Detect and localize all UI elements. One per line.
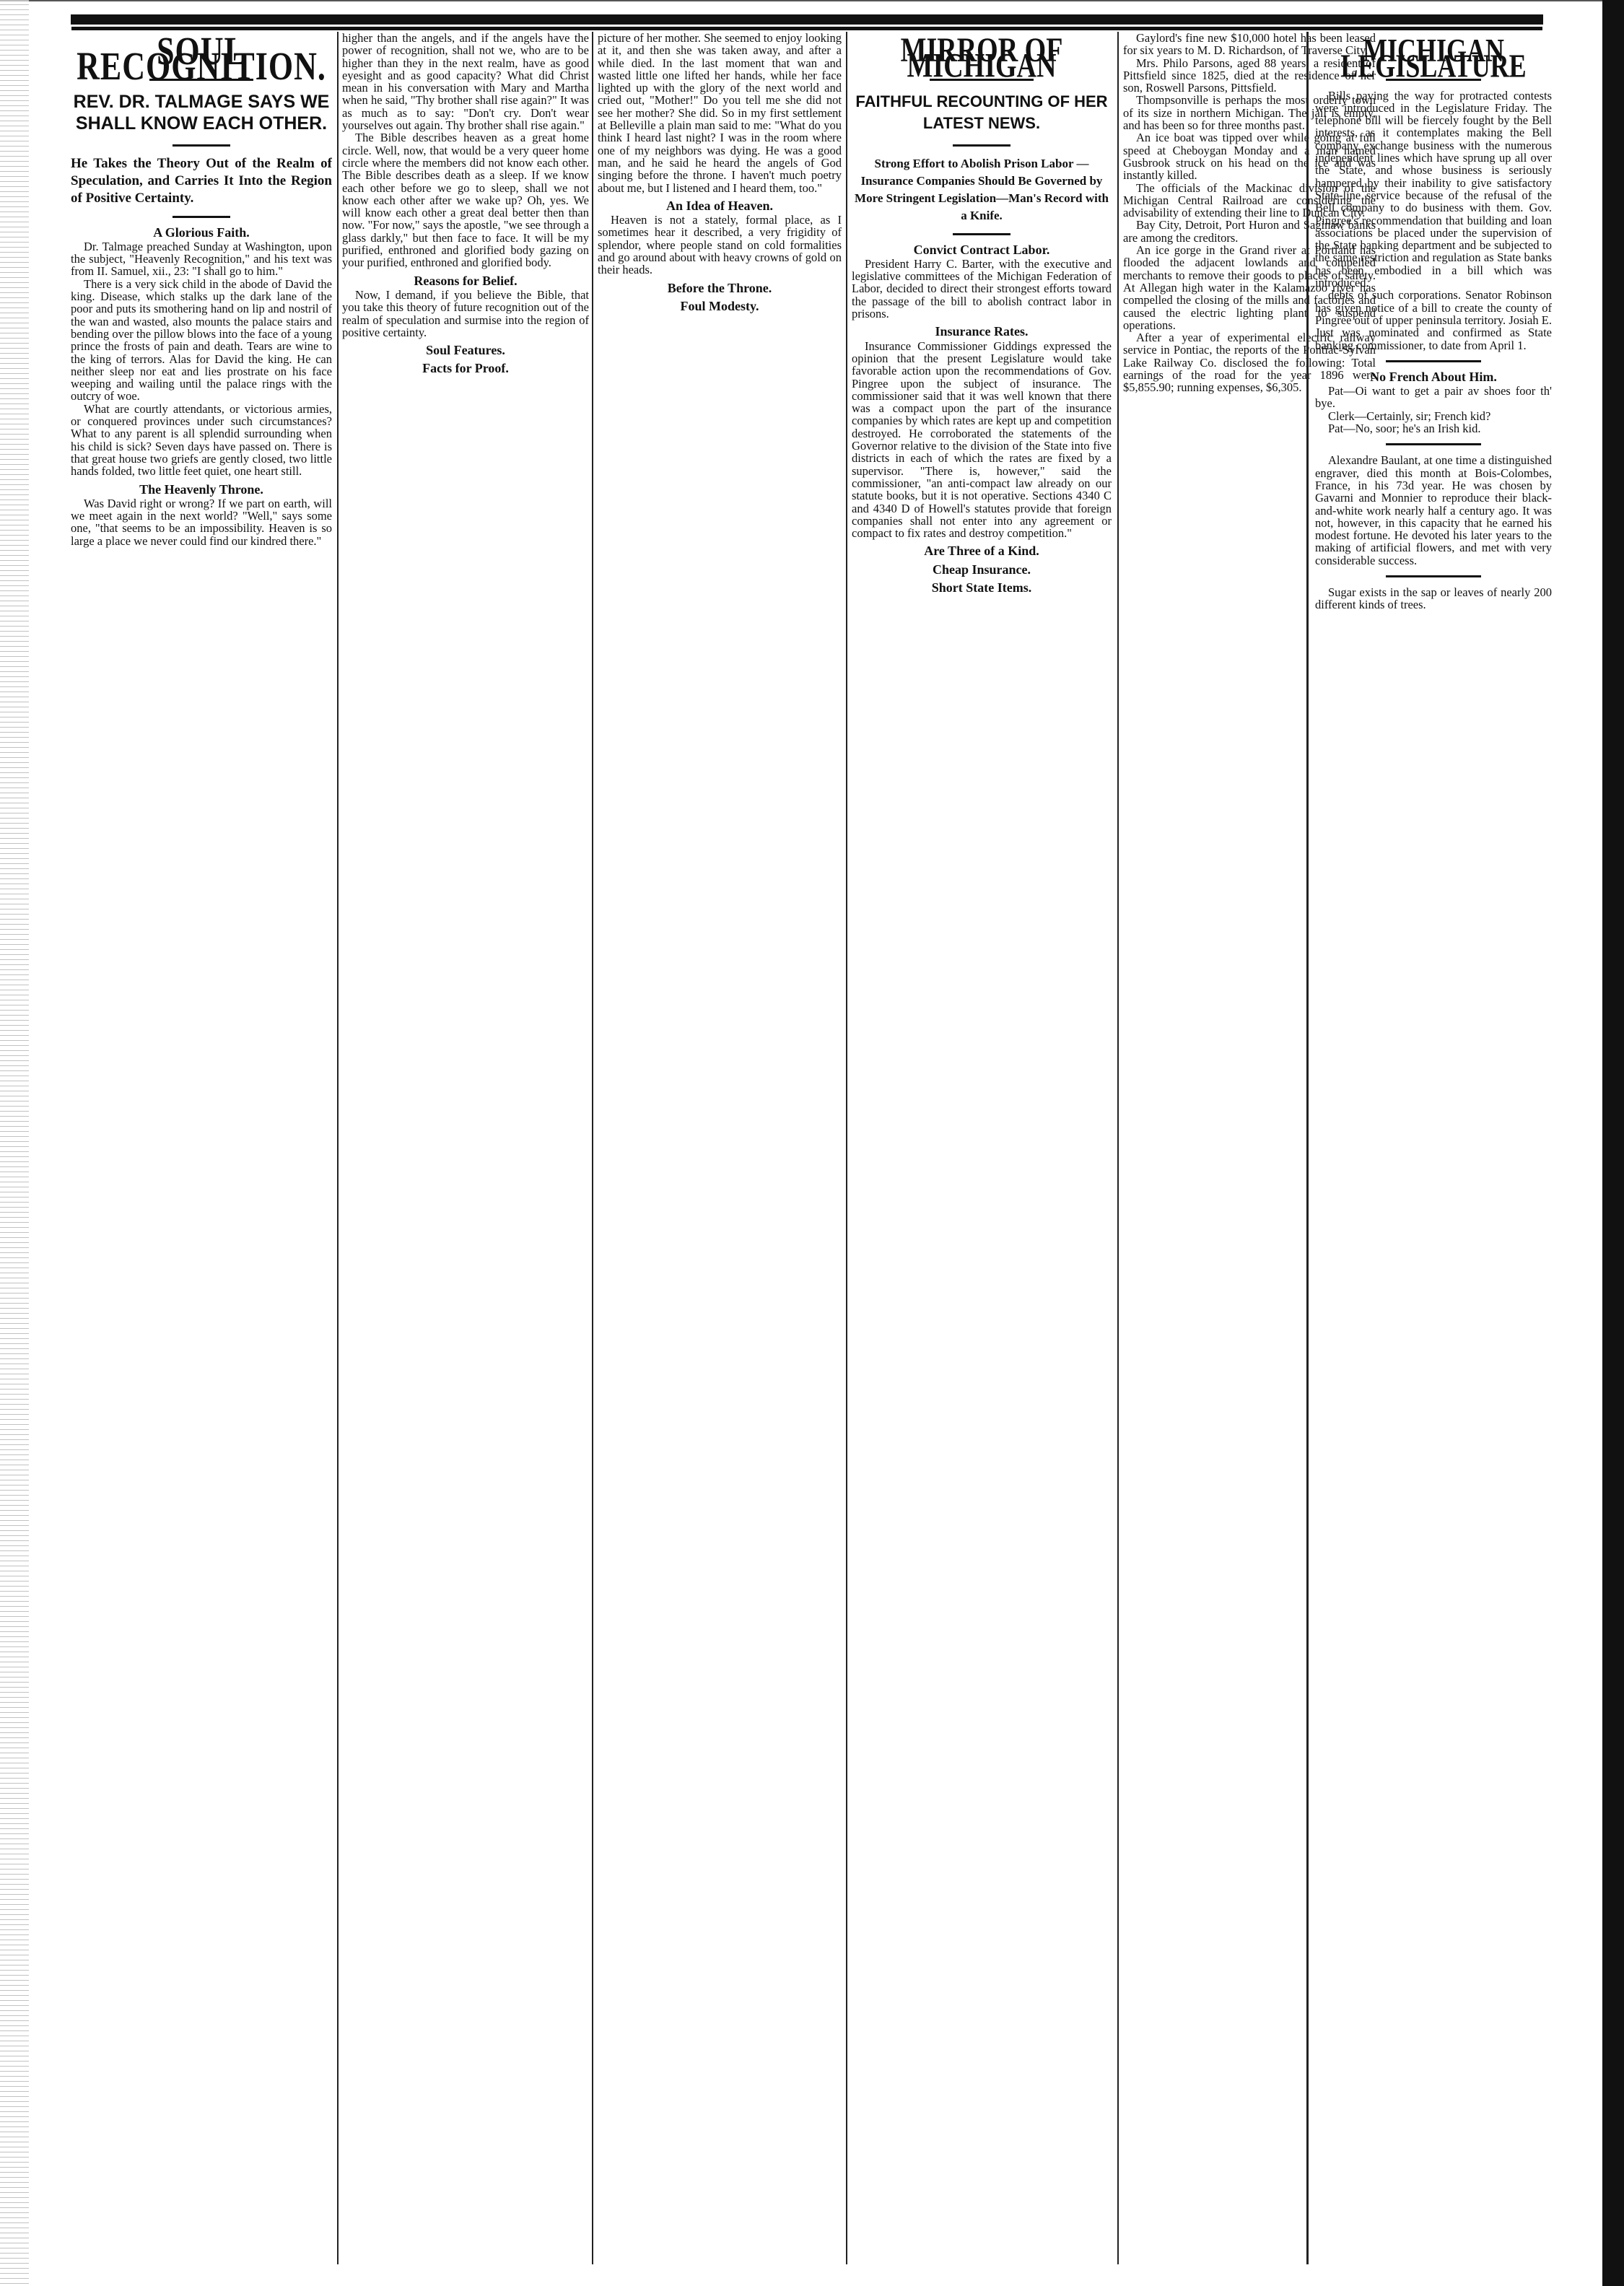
separator <box>953 233 1010 235</box>
subhead: Soul Features. <box>342 344 589 357</box>
separator <box>1386 443 1480 445</box>
subhead: Short State Items. <box>852 582 1112 594</box>
paragraph: President Harry C. Barter, with the exec… <box>852 258 1112 320</box>
subhead: The Heavenly Throne. <box>71 484 332 496</box>
article-soul-continued-1: higher than the angels, and if the angel… <box>342 32 589 2264</box>
subhead: Foul Modesty. <box>598 300 842 313</box>
separator <box>173 216 230 218</box>
paragraph: Pat—Oi want to get a pair av shoes foor … <box>1315 385 1552 410</box>
column-divider <box>1306 32 1309 2264</box>
paragraph: There is a very sick child in the abode … <box>71 278 332 403</box>
paragraph: Now, I demand, if you believe the Bible,… <box>342 289 589 339</box>
paragraph: Pat—No, soor; he's an Irish kid. <box>1315 422 1552 435</box>
subhead: Facts for Proof. <box>342 362 589 375</box>
sub-deck: Strong Effort to Abolish Prison Labor —I… <box>852 155 1112 224</box>
subhead: Cheap Insurance. <box>852 564 1112 576</box>
separator <box>1386 575 1480 577</box>
column-divider <box>337 32 339 2264</box>
subhead: Convict Contract Labor. <box>852 244 1112 256</box>
deck: FAITHFUL RECOUNTING OF HER LATEST NEWS. <box>852 91 1112 134</box>
subhead: Reasons for Belief. <box>342 275 589 287</box>
paragraph: Bills paving the way for protracted cont… <box>1315 90 1552 289</box>
separator <box>173 144 230 147</box>
headline: MIRROR OF MICHIGAN <box>852 43 1112 74</box>
paragraph: debts of such corporations. Senator Robi… <box>1315 289 1552 351</box>
separator <box>953 144 1010 147</box>
column-divider <box>1117 32 1119 2264</box>
article-soul-recognition: SOUL RECOGNITION. REV. DR. TALMAGE SAYS … <box>71 36 332 2264</box>
paragraph: Alexandre Baulant, at one time a disting… <box>1315 454 1552 567</box>
paragraph: Heaven is not a stately, formal place, a… <box>598 214 842 276</box>
paragraph: The Bible describes heaven as a great ho… <box>342 131 589 269</box>
headline: MICHIGAN LEGISLATURE <box>1315 43 1552 74</box>
subhead: Are Three of a Kind. <box>852 545 1112 557</box>
subhead: Insurance Rates. <box>852 326 1112 338</box>
article-mirror-of-michigan: MIRROR OF MICHIGAN FAITHFUL RECOUNTING O… <box>852 36 1112 2264</box>
subhead: No French About Him. <box>1315 371 1552 383</box>
paragraph: Dr. Talmage preached Sunday at Washingto… <box>71 240 332 278</box>
headline: SOUL RECOGNITION. <box>71 43 332 74</box>
masthead-rule <box>71 14 1543 27</box>
article-michigan-legislature: MICHIGAN LEGISLATURE Bills paving the wa… <box>1315 36 1552 2264</box>
paragraph: Insurance Commissioner Giddings expresse… <box>852 340 1112 540</box>
paragraph: higher than the angels, and if the angel… <box>342 32 589 131</box>
subhead: A Glorious Faith. <box>71 227 332 239</box>
deck: REV. DR. TALMAGE SAYS WE SHALL KNOW EACH… <box>71 91 332 134</box>
paragraph: Clerk—Certainly, sir; French kid? <box>1315 410 1552 422</box>
column-divider <box>846 32 847 2264</box>
separator <box>1386 360 1480 362</box>
scan-edge-left <box>0 0 29 2286</box>
sub-deck: He Takes the Theory Out of the Realm of … <box>71 155 332 207</box>
column-divider <box>592 32 593 2264</box>
scan-edge-right <box>1602 0 1624 2286</box>
paragraph: picture of her mother. She seemed to enj… <box>598 32 842 194</box>
subhead: An Idea of Heaven. <box>598 200 842 212</box>
paragraph: Sugar exists in the sap or leaves of nea… <box>1315 586 1552 611</box>
subhead: Before the Throne. <box>598 282 842 295</box>
article-soul-continued-2: picture of her mother. She seemed to enj… <box>598 32 842 2264</box>
paragraph: Was David right or wrong? If we part on … <box>71 497 332 547</box>
page-top-edge <box>0 0 1624 1</box>
paragraph: What are courtly attendants, or victorio… <box>71 403 332 478</box>
